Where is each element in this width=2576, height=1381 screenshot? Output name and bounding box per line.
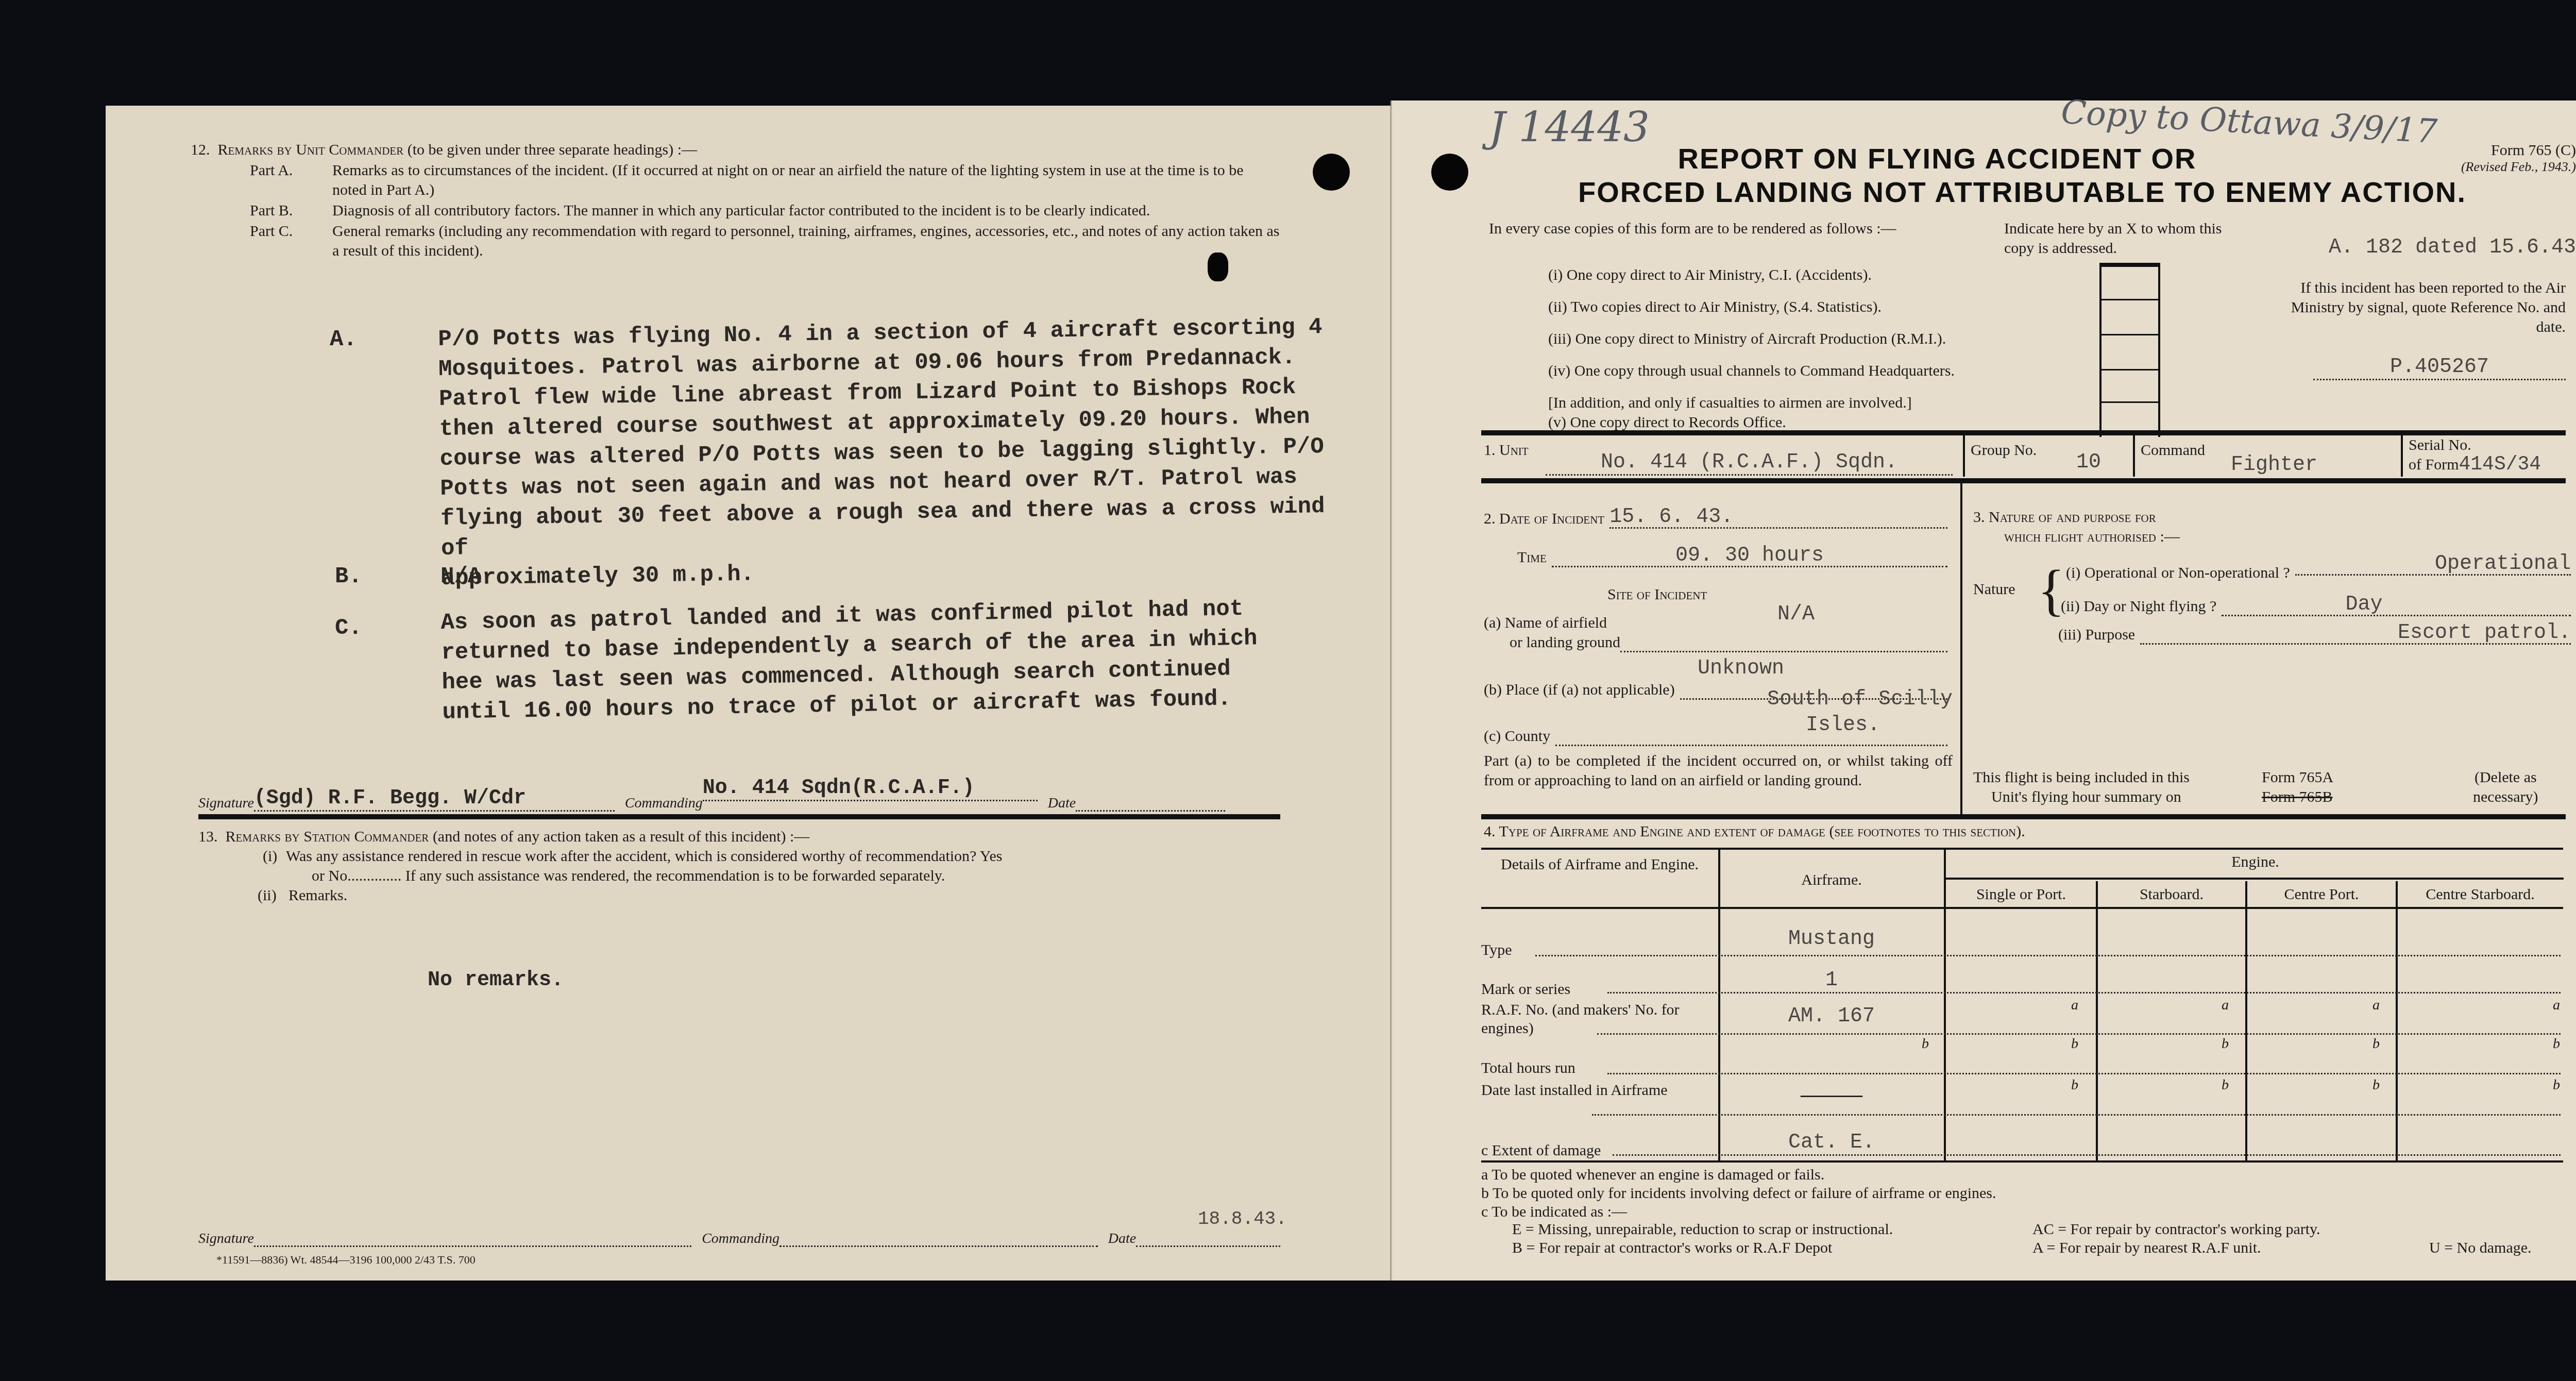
section-13-signature-row: Signature Commanding Date xyxy=(198,1221,1280,1247)
checkbox-i[interactable] xyxy=(2102,267,2158,300)
divider xyxy=(2396,881,2398,1161)
signal-number-field[interactable]: P.405267 xyxy=(2313,356,2566,380)
group-field[interactable]: 10 xyxy=(2076,451,2101,474)
divider xyxy=(1481,907,2563,909)
footnote-mark: b xyxy=(2071,1077,2078,1093)
time-field[interactable]: 09. 30 hours xyxy=(1552,546,1947,567)
time-row: Time 09. 30 hours xyxy=(1517,546,1947,567)
footnote-mark: b xyxy=(2372,1036,2380,1052)
row-line-installed xyxy=(1592,1114,2561,1116)
airfield-row: (a) Name of airfield or landing ground xyxy=(1484,613,1947,652)
part-a-note: Part (a) to be completed if the incident… xyxy=(1484,751,1953,790)
place-value: Unknown xyxy=(1698,657,1784,680)
indicate-label: Indicate here by an X to whom this copy … xyxy=(2004,219,2251,258)
checkbox-iv[interactable] xyxy=(2102,370,2158,403)
county-row: (c) County xyxy=(1484,727,1947,746)
divider xyxy=(1963,435,1965,477)
signal-reference: A. 182 dated 15.6.43. xyxy=(2329,236,2576,259)
row-label-rafno: R.A.F. No. (and makers' No. for engines) xyxy=(1481,1001,1713,1038)
airframe-installed[interactable]: ——— xyxy=(1721,1082,1942,1106)
copies-intro: In every case copies of this form are to… xyxy=(1489,219,1927,239)
question-2: (ii) Remarks. xyxy=(258,886,1280,905)
commanding-field[interactable] xyxy=(779,1231,1098,1247)
form-title-line-2: FORCED LANDING NOT ATTRIBUTABLE TO ENEMY… xyxy=(1510,175,2535,209)
page-fold xyxy=(1390,100,1392,1281)
airframe-raf-no[interactable]: AM. 167 xyxy=(1721,1005,1942,1028)
footnote-mark: a xyxy=(2222,997,2229,1014)
form-number: Form 765 (C) (Revised Feb., 1943.) xyxy=(2421,142,2576,175)
col-single-port: Single or Port. xyxy=(1946,885,2096,904)
signature-field[interactable]: (Sgd) R.F. Begg. W/Cdr xyxy=(254,787,615,812)
footnote-mark: a xyxy=(2071,997,2078,1014)
divider xyxy=(1960,482,1962,817)
delete-note: (Delete as necessary) xyxy=(2473,768,2538,807)
col-airframe: Airframe. xyxy=(1721,871,1942,889)
divider xyxy=(1945,878,2564,880)
nature-label: Nature xyxy=(1973,580,2015,599)
checkbox-iii[interactable] xyxy=(2102,335,2158,370)
remark-c-label: C. xyxy=(335,613,362,643)
footnote-mark: b xyxy=(2071,1036,2078,1052)
row-line-rafno xyxy=(1597,1033,2561,1035)
command-label: Command xyxy=(2141,441,2205,460)
divider xyxy=(1481,848,2563,850)
divider xyxy=(1481,814,2566,819)
date-field[interactable] xyxy=(1136,1231,1280,1247)
divider xyxy=(1481,430,2566,435)
airframe-mark[interactable]: 1 xyxy=(1721,969,1942,992)
remark-a-label: A. xyxy=(330,325,357,355)
section-heading: Remarks by Unit Commander xyxy=(218,141,404,158)
section-13: 13. Remarks by Station Commander (and no… xyxy=(198,827,1280,905)
footnote-mark: b xyxy=(2372,1077,2380,1093)
footnote-mark: a xyxy=(2553,997,2560,1014)
county-field[interactable] xyxy=(1555,732,1947,746)
question-1: (i) Was any assistance rendered in rescu… xyxy=(263,847,1280,866)
airfield-value: N/A xyxy=(1777,603,1815,626)
col-centre-port: Centre Port. xyxy=(2247,885,2396,904)
print-code: *11591—8836) Wt. 48544—3196 100,000 2/43… xyxy=(216,1253,476,1267)
station-remark: No remarks. xyxy=(428,969,564,992)
site-heading: Site of Incident xyxy=(1607,585,1707,604)
row-label-mark: Mark or series xyxy=(1481,980,1570,999)
part-c-instruction: Part C. General remarks (including any r… xyxy=(250,222,1280,261)
checkbox-ii[interactable] xyxy=(2102,300,2158,335)
question-1-continued: or No.............. If any such assistan… xyxy=(312,866,1280,886)
unit-label: 1. Unit xyxy=(1484,441,1529,460)
flying-hour-options: Form 765A Form 765B xyxy=(2262,768,2333,807)
airframe-type[interactable]: Mustang xyxy=(1721,928,1942,951)
date-field[interactable] xyxy=(1076,795,1225,812)
remark-b-label: B. xyxy=(335,562,362,592)
divider xyxy=(2096,881,2098,1161)
serial-field[interactable]: 414S/34 xyxy=(2459,455,2541,475)
commanding-field[interactable]: No. 414 Sqdn(R.C.A.F.) xyxy=(703,777,1038,801)
remark-b-text: N/A xyxy=(440,562,481,592)
row-line-hours xyxy=(1607,1073,2561,1074)
row-line-mark xyxy=(1607,992,2561,993)
remark-c-text: As soon as patrol landed and it was conf… xyxy=(440,593,1318,728)
footnote-mark: a xyxy=(2372,997,2380,1014)
date-of-incident-row: 2. Date of Incident 15. 6. 43. xyxy=(1484,508,1947,529)
section-note: (to be given under three separate headin… xyxy=(408,141,697,158)
operational-row: (i) Operational or Non-operational ? Ope… xyxy=(2066,562,2571,583)
footnote-mark: b xyxy=(2222,1036,2229,1052)
signature-field[interactable] xyxy=(254,1231,691,1247)
section-12-parts: Part A. Remarks as to circumstances of t… xyxy=(250,161,1280,261)
serial-label: Serial No. of Form 414S/34 xyxy=(2409,435,2541,475)
command-field[interactable]: Fighter xyxy=(2231,453,2317,477)
purpose-field[interactable]: Escort patrol. xyxy=(2140,624,2571,645)
footnote-mark: b xyxy=(2553,1077,2560,1093)
divider xyxy=(2401,435,2403,477)
airframe-hours-mark: b xyxy=(1922,1036,1929,1052)
part-b-instruction: Part B. Diagnosis of all contributory fa… xyxy=(250,201,1280,221)
section-12-header: 12. Remarks by Unit Commander (to be giv… xyxy=(191,140,1283,160)
nature-heading: 3. Nature of and purpose for which fligh… xyxy=(1973,508,2180,547)
place-value-2: South of Scilly xyxy=(1767,688,1953,711)
col-starboard: Starboard. xyxy=(2098,885,2245,904)
section-13-header: 13. Remarks by Station Commander (and no… xyxy=(198,827,1280,847)
signal-note: If this incident has been reported to th… xyxy=(2277,278,2566,337)
footnote-mark: b xyxy=(2553,1036,2560,1052)
section-12-signature-row: Signature (Sgd) R.F. Begg. W/Cdr Command… xyxy=(198,776,1280,812)
day-night-field[interactable]: Day xyxy=(2222,595,2571,616)
copies-list: (i) One copy direct to Air Ministry, C.I… xyxy=(1548,265,2115,432)
punch-hole-right xyxy=(1431,154,1468,191)
form-765b-option[interactable]: Form 765B xyxy=(2262,787,2333,807)
divider xyxy=(198,814,1280,819)
col-centre-starboard: Centre Starboard. xyxy=(2398,885,2563,904)
form-title-line-1: REPORT ON FLYING ACCIDENT OR xyxy=(1525,142,2349,175)
footnote-mark: b xyxy=(2222,1077,2229,1093)
divider xyxy=(1481,478,2566,483)
col-details: Details of Airframe and Engine. xyxy=(1484,855,1716,874)
footnotes: a To be quoted whenever an engine is dam… xyxy=(1481,1166,2563,1221)
day-night-row: (ii) Day or Night flying ? Day xyxy=(2061,595,2571,616)
part-a-instruction: Part A. Remarks as to circumstances of t… xyxy=(250,161,1280,200)
address-checkbox-column xyxy=(2099,263,2160,437)
divider xyxy=(2133,435,2135,477)
damage-codes: E = Missing, unrepairable, reduction to … xyxy=(1512,1220,2568,1257)
operational-field[interactable]: Operational xyxy=(2295,554,2571,576)
row-label-installed: Date last installed in Airframe xyxy=(1481,1081,1708,1100)
row-label-hours: Total hours run xyxy=(1481,1059,1575,1077)
remark-a-text: P/O Potts was flying No. 4 in a section … xyxy=(438,312,1343,594)
divider xyxy=(2245,881,2247,1161)
flying-hour-note: This flight is being included in this Un… xyxy=(1973,768,2190,807)
section-4-heading: 4. Type of Airframe and Engine and exten… xyxy=(1484,822,2025,841)
col-engine: Engine. xyxy=(1947,853,2563,871)
date-of-incident-field[interactable]: 15. 6. 43. xyxy=(1609,508,1947,529)
purpose-row: (iii) Purpose Escort patrol. xyxy=(2058,624,2571,645)
group-label: Group No. xyxy=(1971,441,2037,460)
row-label-damage: c Extent of damage xyxy=(1481,1141,1601,1160)
section-number: 12. xyxy=(191,141,210,158)
checkbox-v[interactable] xyxy=(2102,403,2158,434)
row-line-type xyxy=(1535,955,2561,956)
divider xyxy=(1481,1160,2563,1163)
form-765a-option[interactable]: Form 765A xyxy=(2262,768,2333,787)
punch-hole-left xyxy=(1313,154,1350,191)
row-line-damage xyxy=(1613,1154,2561,1156)
unit-field[interactable]: No. 414 (R.C.A.F.) Sqdn. xyxy=(1546,451,1953,476)
airframe-damage[interactable]: Cat. E. xyxy=(1721,1131,1942,1154)
row-label-type: Type xyxy=(1481,941,1512,959)
airfield-field[interactable] xyxy=(1620,635,1947,652)
